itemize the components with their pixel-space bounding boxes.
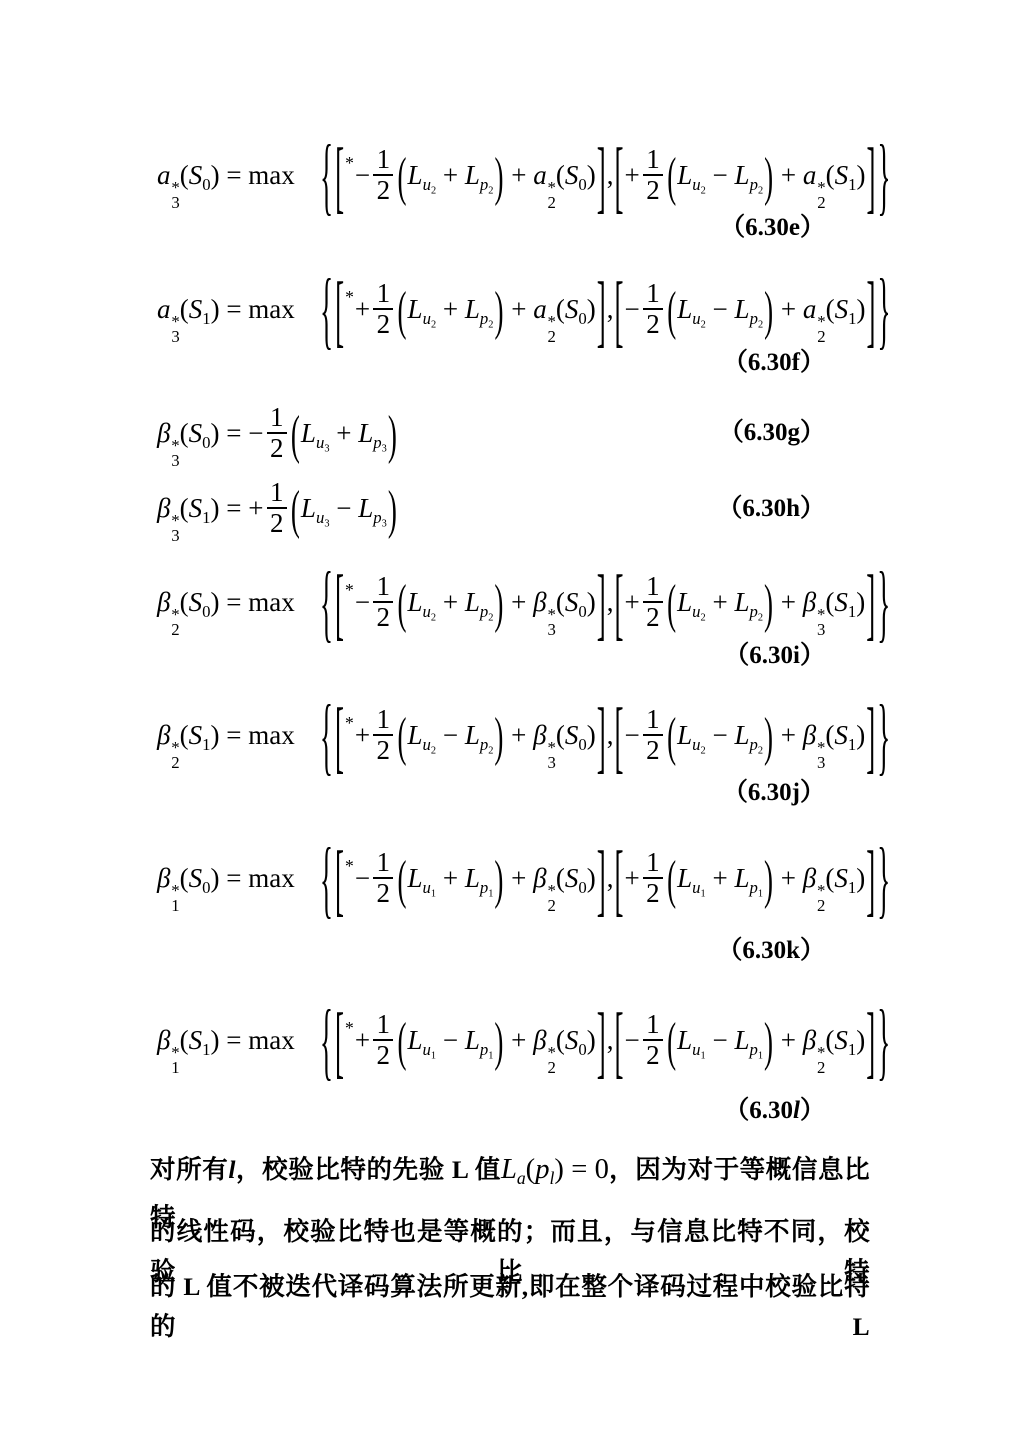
document-page: a*3(S0) = max{[*−12(Lu2 + Lp2) + a*2(S0)… (0, 0, 1019, 1440)
equation-6-30j: β*2(S1) = max{[*+12(Lu2 − Lp2) + β*3(S0)… (157, 677, 891, 769)
equation-label-6-30l: （6.30l） (724, 1096, 825, 1126)
equation-6-30e: a*3(S0) = max{[*−12(Lu2 + Lp2) + a*2(S0)… (157, 117, 891, 209)
equation-label-6-30e: （6.30e） (720, 213, 825, 243)
paragraph-line-2: 的线性码，校验比特也是等概的；而且，与信息比特不同，校验比特 (150, 1212, 870, 1252)
equation-label-6-30g: （6.30g） (719, 418, 825, 448)
equation-6-30h: β*3(S1) = +12(Lu3 − Lp3) (157, 462, 398, 554)
paragraph-line-3: 的 L 值不被迭代译码算法所更新,即在整个译码过程中校验比特的 L (150, 1267, 870, 1307)
equation-6-30k: β*1(S0) = max{[*−12(Lu1 + Lp1) + β*2(S0)… (157, 820, 891, 912)
equation-label-6-30f: （6.30f） (723, 348, 825, 378)
equation-label-6-30i: （6.30i） (724, 641, 825, 671)
equation-label-6-30j: （6.30j） (723, 778, 825, 808)
equation-label-6-30h: （6.30h） (717, 494, 825, 524)
paragraph-line-1: 对所有l，校验比特的先验 L 值La(pl) = 0，因为对于等概信息比特 (150, 1150, 870, 1190)
equation-6-30f: a*3(S1) = max{[*+12(Lu2 + Lp2) + a*2(S0)… (157, 251, 891, 343)
equation-label-6-30k: （6.30k） (717, 936, 825, 966)
equation-6-30l: β*1(S1) = max{[*+12(Lu1 − Lp1) + β*2(S0)… (157, 982, 891, 1074)
equation-6-30i: β*2(S0) = max{[*−12(Lu2 + Lp2) + β*3(S0)… (157, 544, 891, 636)
